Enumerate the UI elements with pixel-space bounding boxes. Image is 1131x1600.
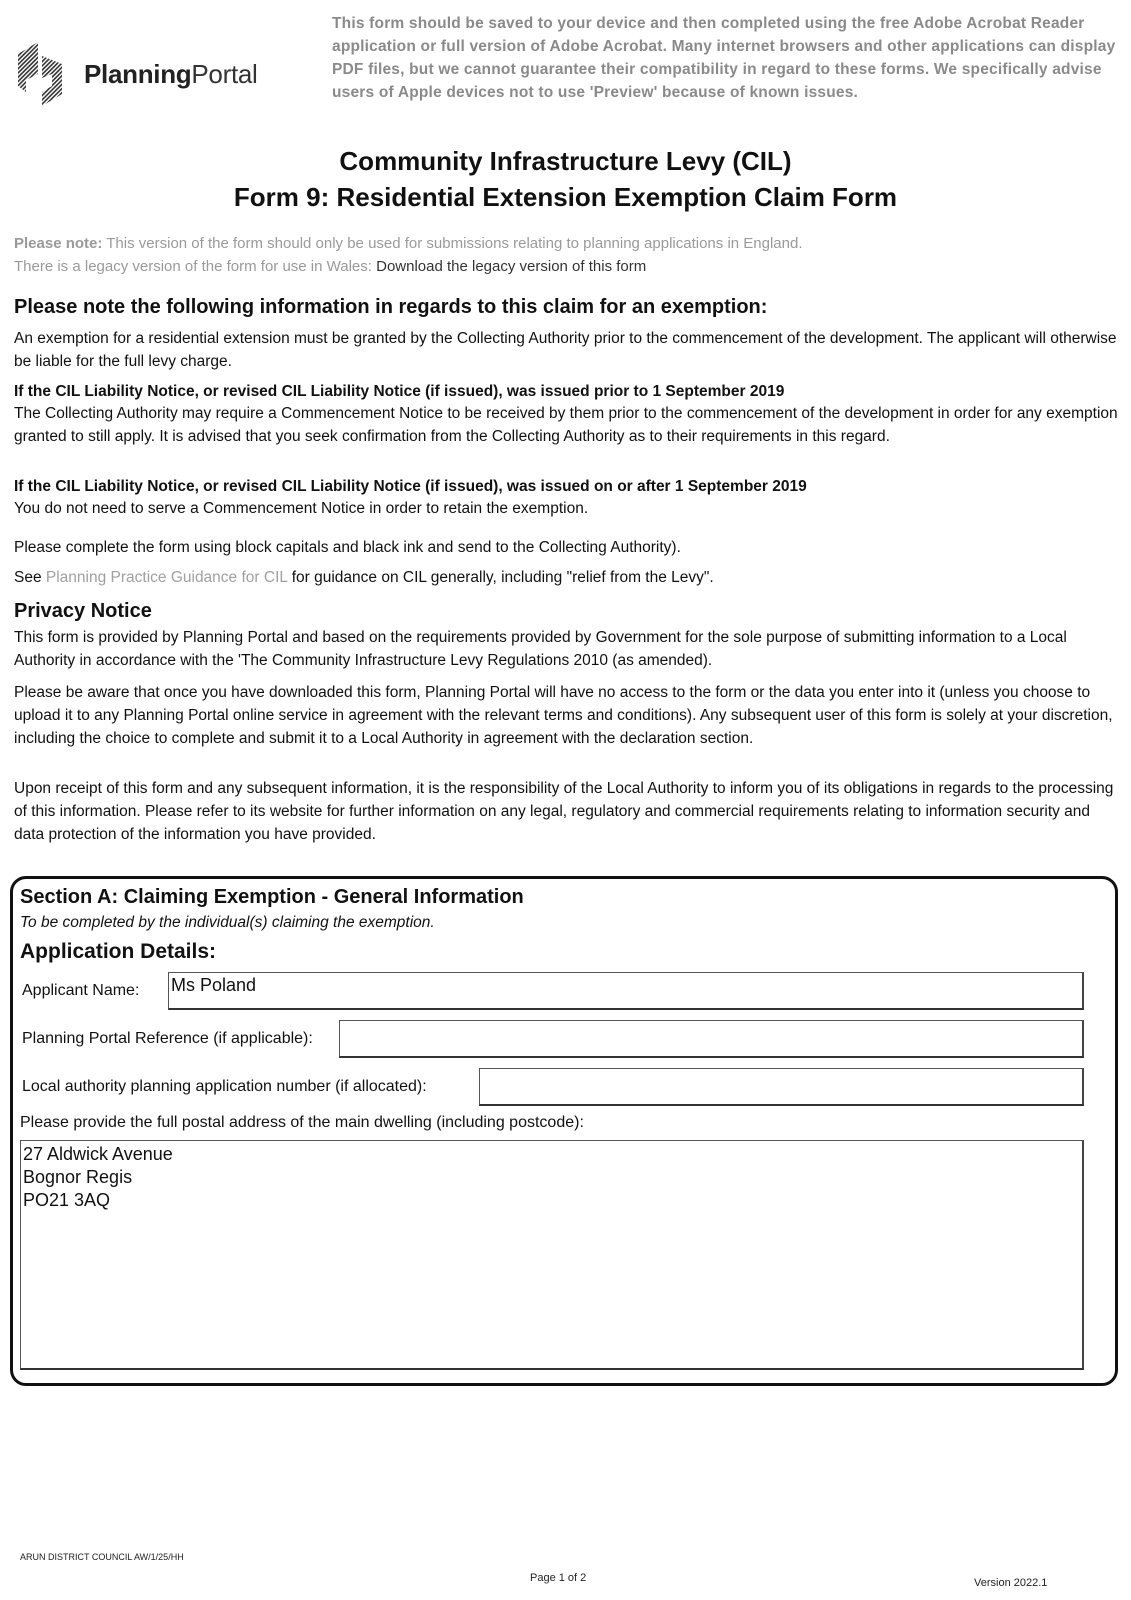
la-application-number-field[interactable] [479, 1068, 1084, 1106]
page-number: Page 1 of 2 [530, 1572, 586, 1584]
see-prefix: See [14, 569, 46, 586]
version-note: Please note: This version of the form sh… [14, 232, 803, 278]
note-line2: There is a legacy version of the form fo… [14, 258, 376, 275]
council-reference: ARUN DISTRICT COUNCIL AW/1/25/HH [20, 1552, 184, 1562]
applicant-name-label: Applicant Name: [22, 982, 139, 1000]
legacy-form-link[interactable]: Download the legacy version of this form [376, 258, 646, 275]
address-label: Please provide the full postal address o… [20, 1114, 584, 1132]
pp-reference-label: Planning Portal Reference (if applicable… [22, 1030, 313, 1048]
info-intro: An exemption for a residential extension… [14, 327, 1124, 373]
postal-address-field[interactable]: 27 Aldwick Avenue Bognor Regis PO21 3AQ [20, 1140, 1084, 1370]
applicant-name-field[interactable]: Ms Poland [168, 972, 1084, 1010]
guidance-line: See Planning Practice Guidance for CIL f… [14, 566, 1124, 589]
pp-reference-field[interactable] [339, 1020, 1084, 1058]
logo-wordmark: PlanningPortal [84, 59, 258, 90]
privacy-p1: This form is provided by Planning Portal… [14, 626, 1124, 672]
privacy-p3: Upon receipt of this form and any subseq… [14, 777, 1124, 846]
planning-portal-hexagon-icon [16, 40, 64, 108]
privacy-heading: Privacy Notice [14, 600, 152, 623]
case2-heading: If the CIL Liability Notice, or revised … [14, 475, 1124, 498]
note-prefix: Please note: [14, 235, 102, 252]
privacy-p2: Please be aware that once you have downl… [14, 681, 1124, 750]
guidance-link[interactable]: Planning Practice Guidance for CIL [46, 569, 288, 586]
info-heading: Please note the following information in… [14, 296, 767, 319]
planning-portal-logo: PlanningPortal [16, 40, 276, 108]
case2-text: You do not need to serve a Commencement … [14, 497, 1124, 520]
section-a-subtitle: To be completed by the individual(s) cla… [20, 914, 435, 932]
case1-heading: If the CIL Liability Notice, or revised … [14, 380, 1124, 403]
form-version: Version 2022.1 [974, 1577, 1047, 1589]
note-line1: This version of the form should only be … [102, 235, 802, 252]
la-number-label: Local authority planning application num… [22, 1078, 427, 1096]
see-suffix: for guidance on CIL generally, including… [287, 569, 713, 586]
case1-text: The Collecting Authority may require a C… [14, 402, 1124, 448]
pdf-disclaimer: This form should be saved to your device… [332, 12, 1122, 104]
form-title-line2: Form 9: Residential Extension Exemption … [0, 182, 1131, 213]
complete-instructions: Please complete the form using block cap… [14, 536, 1124, 559]
application-details-heading: Application Details: [20, 940, 216, 964]
form-title-line1: Community Infrastructure Levy (CIL) [0, 146, 1131, 177]
section-a-title: Section A: Claiming Exemption - General … [20, 886, 524, 909]
